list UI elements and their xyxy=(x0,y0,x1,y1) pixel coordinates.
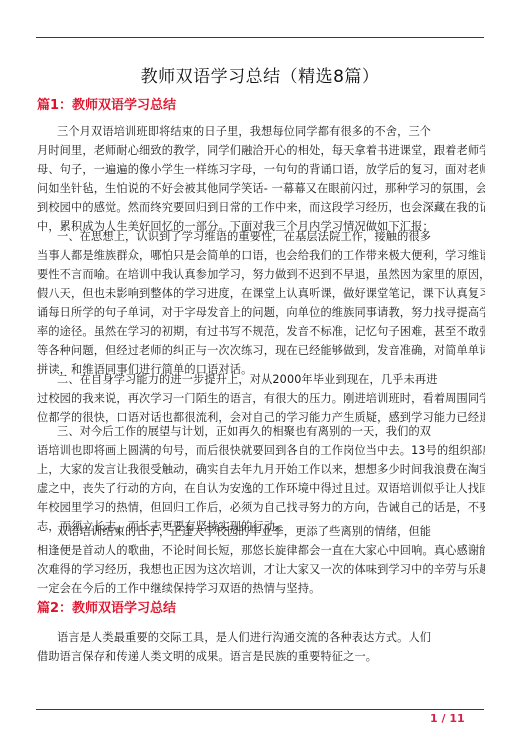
paragraph-line: 要性不言而喻。在培训中我认真参加学习，努力做到不迟到不早退，虽然因为家里的原因，… xyxy=(37,265,485,284)
section-heading-2: 篇2：教师双语学习总结 xyxy=(37,601,176,617)
paragraph-line: 上，大家的发言让我很受触动，确实自去年九月开始工作以来，想想多少时间我浪费在淘宝… xyxy=(37,460,485,479)
paragraph-line: 问如坐针毡，生怕说的不好会被其他同学笑话- 一幕幕又在眼前闪过，那种学习的氛围，… xyxy=(37,179,485,198)
paragraph-line: 月时间里，老师耐心细致的教学，同学们融洽开心的相处，每天拿着书进课堂，跟着老师学… xyxy=(37,141,485,160)
footer-rule xyxy=(36,709,484,710)
page-indicator: 1 / 11 xyxy=(430,712,465,725)
paragraph-1-3: 二、在自身学习能力的进一步提升上，对从2000年毕业到现在，几乎未再进 过校园的… xyxy=(37,370,485,427)
paragraph-line: 一、在思想上，认识到了学习维语的重要性，在基层法院工作，接触的很多 xyxy=(37,227,485,246)
paragraph-line: 一定会在今后的工作中继续保持学习双语的热情与坚持。 xyxy=(37,579,485,598)
paragraph-line: 虚之中，丧失了行动的方向，在自认为安逸的工作环境中得过且过。双语培训似乎让人找回… xyxy=(37,479,485,498)
paragraph-line: 诵每日所学的句子单词，对于字母发音上的问题，向单位的维族同事请教，努力找寻提高学… xyxy=(37,303,485,322)
paragraph-1-1: 三个月双语培训班即将结束的日子里，我想每位同学都有很多的不舍，三个 月时间里，老… xyxy=(37,122,485,236)
paragraph-line: 借助语言保存和传递人类文明的成果。语言是民族的重要特征之一。 xyxy=(37,647,485,666)
paragraph-line: 语言是人类最重要的交际工具，是人们进行沟通交流的各种表达方式。人们 xyxy=(37,628,485,647)
paragraph-1-5: 双语培训结束的日子，正逢大学校园的毕业季，更添了些离别的情绪，但能 相逢便是首动… xyxy=(37,522,485,598)
paragraph-1-4: 三、对今后工作的展望与计划，正如再久的相聚也有离别的一天，我们的双 语培训也即将… xyxy=(37,422,485,536)
paragraph-line: 到校园中的感觉。然而终究要回归到日常的工作中来，而这段学习经历，也会深藏在我的记… xyxy=(37,198,485,217)
paragraph-line: 相逢便是首动人的歌曲，不论时间长短，那悠长旋律都会一直在大家心中回响。真心感谢能… xyxy=(37,541,485,560)
paragraph-line: 年校园里学习的热情，但回归工作后，必须为自己找寻努力的方向，告诫自己的话是，不要… xyxy=(37,498,485,517)
paragraph-line: 当事人都是维族群众，哪怕只是会简单的口语，也会给我们的工作带来极大便利，学习维语… xyxy=(37,246,485,265)
document-title: 教师双语学习总结（精选8篇） xyxy=(0,66,520,88)
header-rule xyxy=(36,37,484,38)
paragraph-1-2: 一、在思想上，认识到了学习维语的重要性，在基层法院工作，接触的很多 当事人都是维… xyxy=(37,227,485,379)
paragraph-line: 率的途径。虽然在学习的初期，有过书写不规范，发音不标准，记忆句子困难，甚至不敢张… xyxy=(37,322,485,341)
paragraph-line: 次难得的学习经历，我想也正因为这次培训，才让大家又一次的体味到学习中的辛劳与乐趣… xyxy=(37,560,485,579)
paragraph-2-1: 语言是人类最重要的交际工具，是人们进行沟通交流的各种表达方式。人们 借助语言保存… xyxy=(37,628,485,666)
paragraph-line: 三、对今后工作的展望与计划，正如再久的相聚也有离别的一天，我们的双 xyxy=(37,422,485,441)
paragraph-line: 母、句子，一遍遍的像小学生一样练习字母，一句句的背诵口语，放学后的复习，面对老师… xyxy=(37,160,485,179)
section-heading-1: 篇1：教师双语学习总结 xyxy=(37,98,176,114)
paragraph-line: 假八天，但也未影响到整体的学习进度，在课堂上认真听课，做好课堂笔记，课下认真复习… xyxy=(37,284,485,303)
paragraph-line: 过校园的我来说，再次学习一门陌生的语言，有很大的压力。刚进培训班时，看着周围同学… xyxy=(37,389,485,408)
paragraph-line: 双语培训结束的日子，正逢大学校园的毕业季，更添了些离别的情绪，但能 xyxy=(37,522,485,541)
paragraph-line: 二、在自身学习能力的进一步提升上，对从2000年毕业到现在，几乎未再进 xyxy=(37,370,485,389)
paragraph-line: 语培训也即将画上圆满的句号，而后很快就要回到各自的工作岗位当中去。13号的组织部… xyxy=(37,441,485,460)
paragraph-line: 三个月双语培训班即将结束的日子里，我想每位同学都有很多的不舍，三个 xyxy=(37,122,485,141)
paragraph-line: 等各种问题，但经过老师的纠正与一次次练习，现在已经能够做到，发音准确，对简单单词… xyxy=(37,341,485,360)
